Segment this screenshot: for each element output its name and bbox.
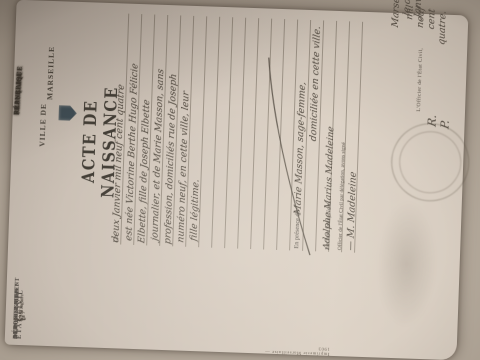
handwritten-text: fille légitime. [187,178,202,242]
header-left-column: DÉPARTEMENT des Bouches-du-Rhône — ARRON… [12,251,15,339]
city-header-name: MARSEILLE [45,46,56,100]
stamp-line: FRANÇAISE [13,71,23,115]
handwritten-signature: — M. Madeleine [344,171,360,251]
ink-smudge [376,201,438,328]
footer-date-line: Marseille, le onze Janvier [383,29,390,219]
marseille-crest-icon [58,105,77,121]
registry-value: 27 [20,309,27,319]
city-header-prefix: VILLE DE [38,103,49,147]
birth-certificate-document: RÉPUBLIQUE FRANÇAISE DÉPARTEMENT des Bou… [5,0,469,360]
round-official-stamp-icon [385,117,475,207]
officer-caption: L'Officier de l'État Civil, [416,48,424,112]
footer-date-line: mil neuf cent quatre. [397,41,403,221]
republique-francaise-stamp: RÉPUBLIQUE FRANÇAISE [13,47,18,115]
photo-frame: RÉPUBLIQUE FRANÇAISE DÉPARTEMENT des Bou… [0,0,480,360]
printer-imprint: Imprimerie Marseillaise — 1903 [257,344,329,357]
